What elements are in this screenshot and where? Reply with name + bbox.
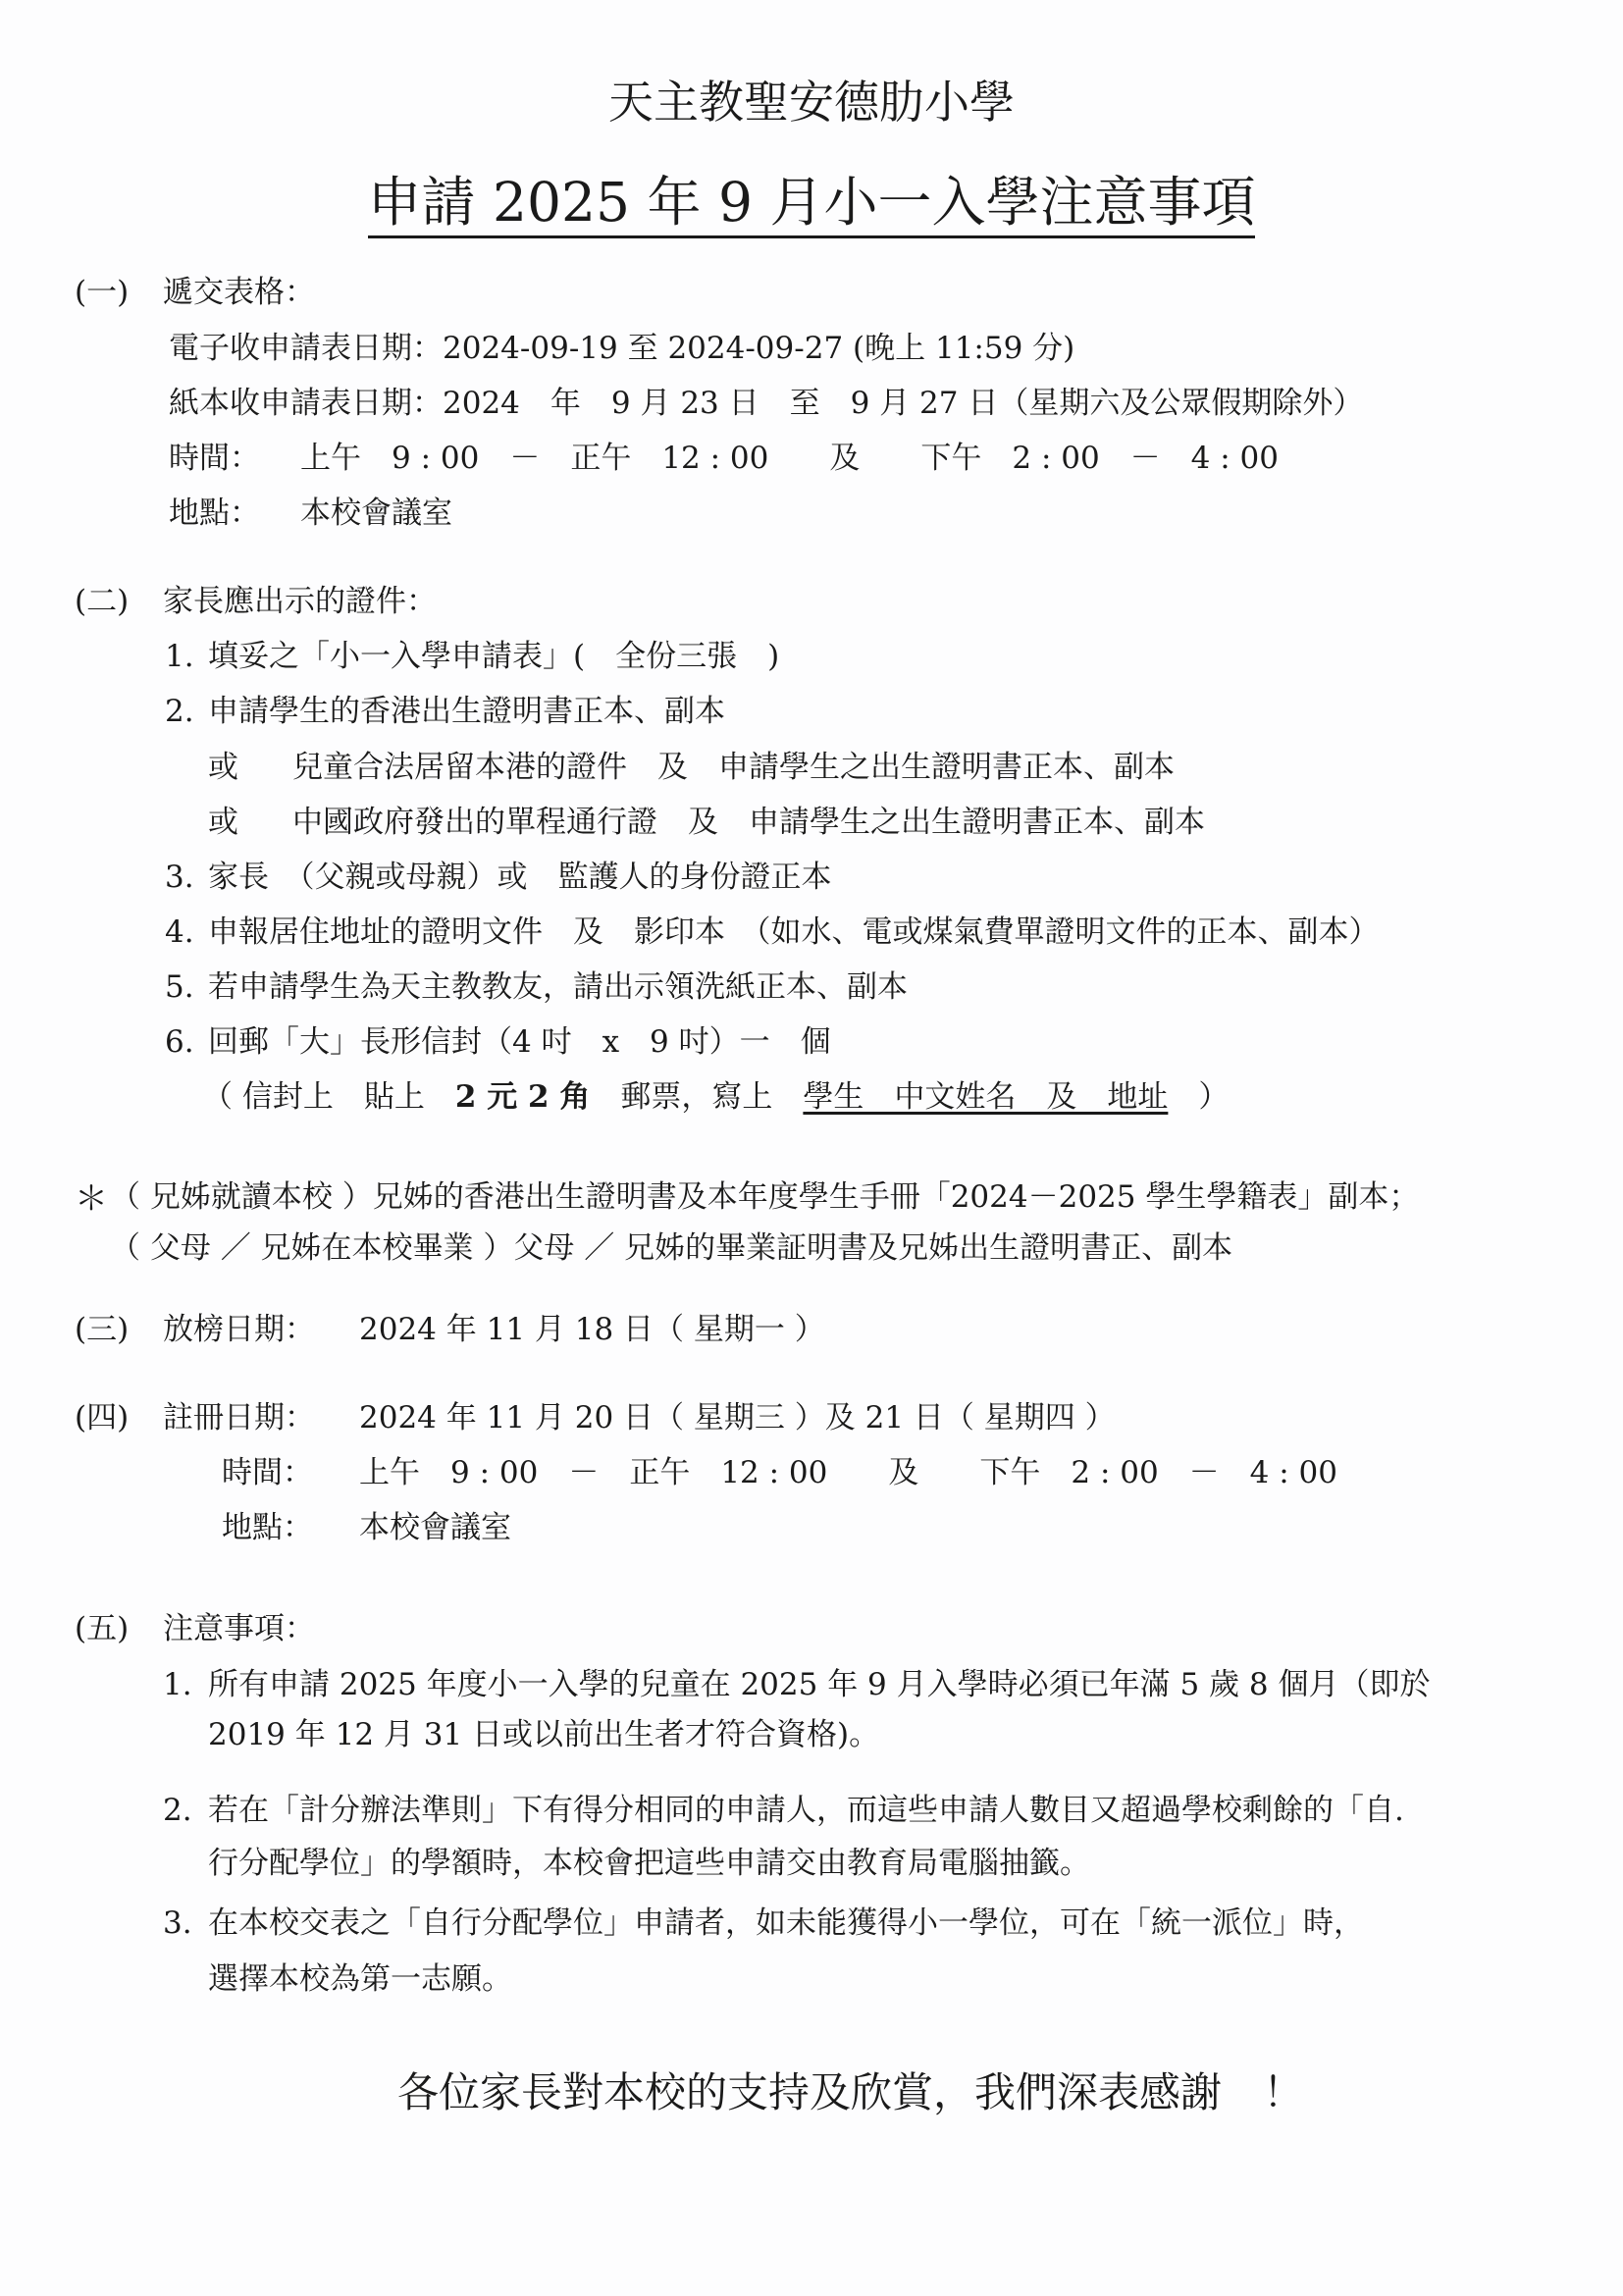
section4-label: (四) [75,1403,129,1434]
section5-heading: 注意事項： [163,1614,315,1644]
note-2-line1: 若在「計分辦法準則」下有得分相同的申請人，而這些申請人數目又超過學校剩餘的「自. [208,1796,1404,1826]
stamp-value: 2 元 2 角 [455,1079,591,1115]
section4-time-label: 時間： [222,1458,313,1488]
e-form-dates: 電子收申請表日期：2024-09-19 至 2024-09-27 (晚上 11:… [169,334,1074,364]
doc-item-2a-or: 或 [208,753,238,783]
sibling-note-line1: （ 兄姊就讀本校 ）兄姊的香港出生證明書及本年度學生手冊「2024－2025 學… [110,1182,1419,1213]
doc-item-2b-or: 或 [208,808,238,838]
doc-item-5-num: 5. [165,972,194,1003]
closing-message: 各位家長對本校的支持及欣賞，我們深表感謝 ！ [0,2061,1623,2119]
section1-heading: 遞交表格： [163,278,315,308]
section4-venue-label: 地點： [222,1513,313,1543]
doc-item-6-num: 6. [165,1027,194,1058]
section5-label: (五) [75,1614,129,1644]
page-title: 申請 2025 年 9 月小一入學注意事項 [0,159,1623,236]
section1-time-label: 時間： [169,444,260,474]
section4-heading: 註冊日期： [163,1403,315,1434]
registration-dates: 2024 年 11 月 20 日（ 星期三 ）及 21 日（ 星期四 ） [359,1403,1116,1434]
doc-item-2-num: 2. [165,697,194,727]
doc-item-3-num: 3. [165,862,194,893]
section1-venue-value: 本校會議室 [300,498,452,529]
section2-heading: 家長應出示的證件： [163,587,437,617]
section3-label: (三) [75,1315,129,1345]
envelope-note-prefix: （ 信封上 貼上 [202,1079,455,1115]
doc-item-2b: 中國政府發出的單程通行證 及 申請學生之出生證明書正本、副本 [292,808,1205,838]
page-title-text: 申請 2025 年 9 月小一入學注意事項 [368,171,1256,238]
envelope-note-underlined: 學生 中文姓名 及 地址 [803,1079,1168,1115]
note-2-line2: 行分配學位」的學額時，本校會把這些申請交由教育局電腦抽籤。 [208,1849,1090,1879]
sibling-note-line2: （ 父母 ／ 兄姊在本校畢業 ）父母 ／ 兄姊的畢業証明書及兄姊出生證明書正、副… [110,1233,1232,1264]
doc-item-4-num: 4. [165,917,194,948]
doc-item-2: 申請學生的香港出生證明書正本、副本 [208,697,725,727]
section1-label: (一) [75,278,129,308]
section2-label: (二) [75,587,129,617]
doc-item-4: 申報居住地址的證明文件 及 影印本 （如水、電或煤氣費單證明文件的正本、副本） [208,917,1380,948]
note-3-num: 3. [163,1908,192,1939]
doc-item-2a: 兒童合法居留本港的證件 及 申請學生之出生證明書正本、副本 [292,753,1175,783]
note-1-line2: 2019 年 12 月 31 日或以前出生者才符合資格)。 [208,1720,879,1750]
section3-heading: 放榜日期： [163,1315,315,1345]
doc-item-6: 回郵「大」長形信封（4 吋 x 9 吋）一 個 [208,1027,831,1058]
section4-venue-value: 本校會議室 [359,1513,511,1543]
note-1-num: 1. [163,1670,192,1700]
doc-item-1: 填妥之「小一入學申請表」( 全份三張 ) [208,642,779,672]
doc-item-3: 家長 （父親或母親）或 監護人的身份證正本 [208,862,832,893]
section4-time-value: 上午 9 : 00 － 正午 12 : 00 及 下午 2 : 00 － 4 :… [359,1458,1337,1488]
note-3-line2: 選擇本校為第一志願。 [208,1964,512,1995]
doc-item-5: 若申請學生為天主教教友，請出示領洗紙正本、副本 [208,972,908,1003]
school-name: 天主教聖安德肋小學 [0,67,1623,131]
paper-form-dates: 紙本收申請表日期：2024 年 9 月 23 日 至 9 月 27 日（星期六及… [169,389,1363,419]
asterisk-icon: ＊ [75,1182,108,1216]
note-2-num: 2. [163,1796,192,1826]
results-date: 2024 年 11 月 18 日（ 星期一 ） [359,1315,825,1345]
envelope-note-middle: 郵票，寫上 [590,1079,803,1115]
note-1-line1: 所有申請 2025 年度小一入學的兒童在 2025 年 9 月入學時必須已年滿 … [208,1670,1431,1700]
section1-venue-label: 地點： [169,498,260,529]
section1-time-value: 上午 9 : 00 － 正午 12 : 00 及 下午 2 : 00 － 4 :… [300,444,1279,474]
envelope-note: （ 信封上 貼上 2 元 2 角 郵票，寫上 學生 中文姓名 及 地址 ） [202,1082,1229,1113]
note-3-line1: 在本校交表之「自行分配學位」申請者，如未能獲得小一學位，可在「統一派位」時， [208,1908,1364,1939]
envelope-note-suffix: ） [1168,1079,1229,1115]
doc-item-1-num: 1. [165,642,194,672]
